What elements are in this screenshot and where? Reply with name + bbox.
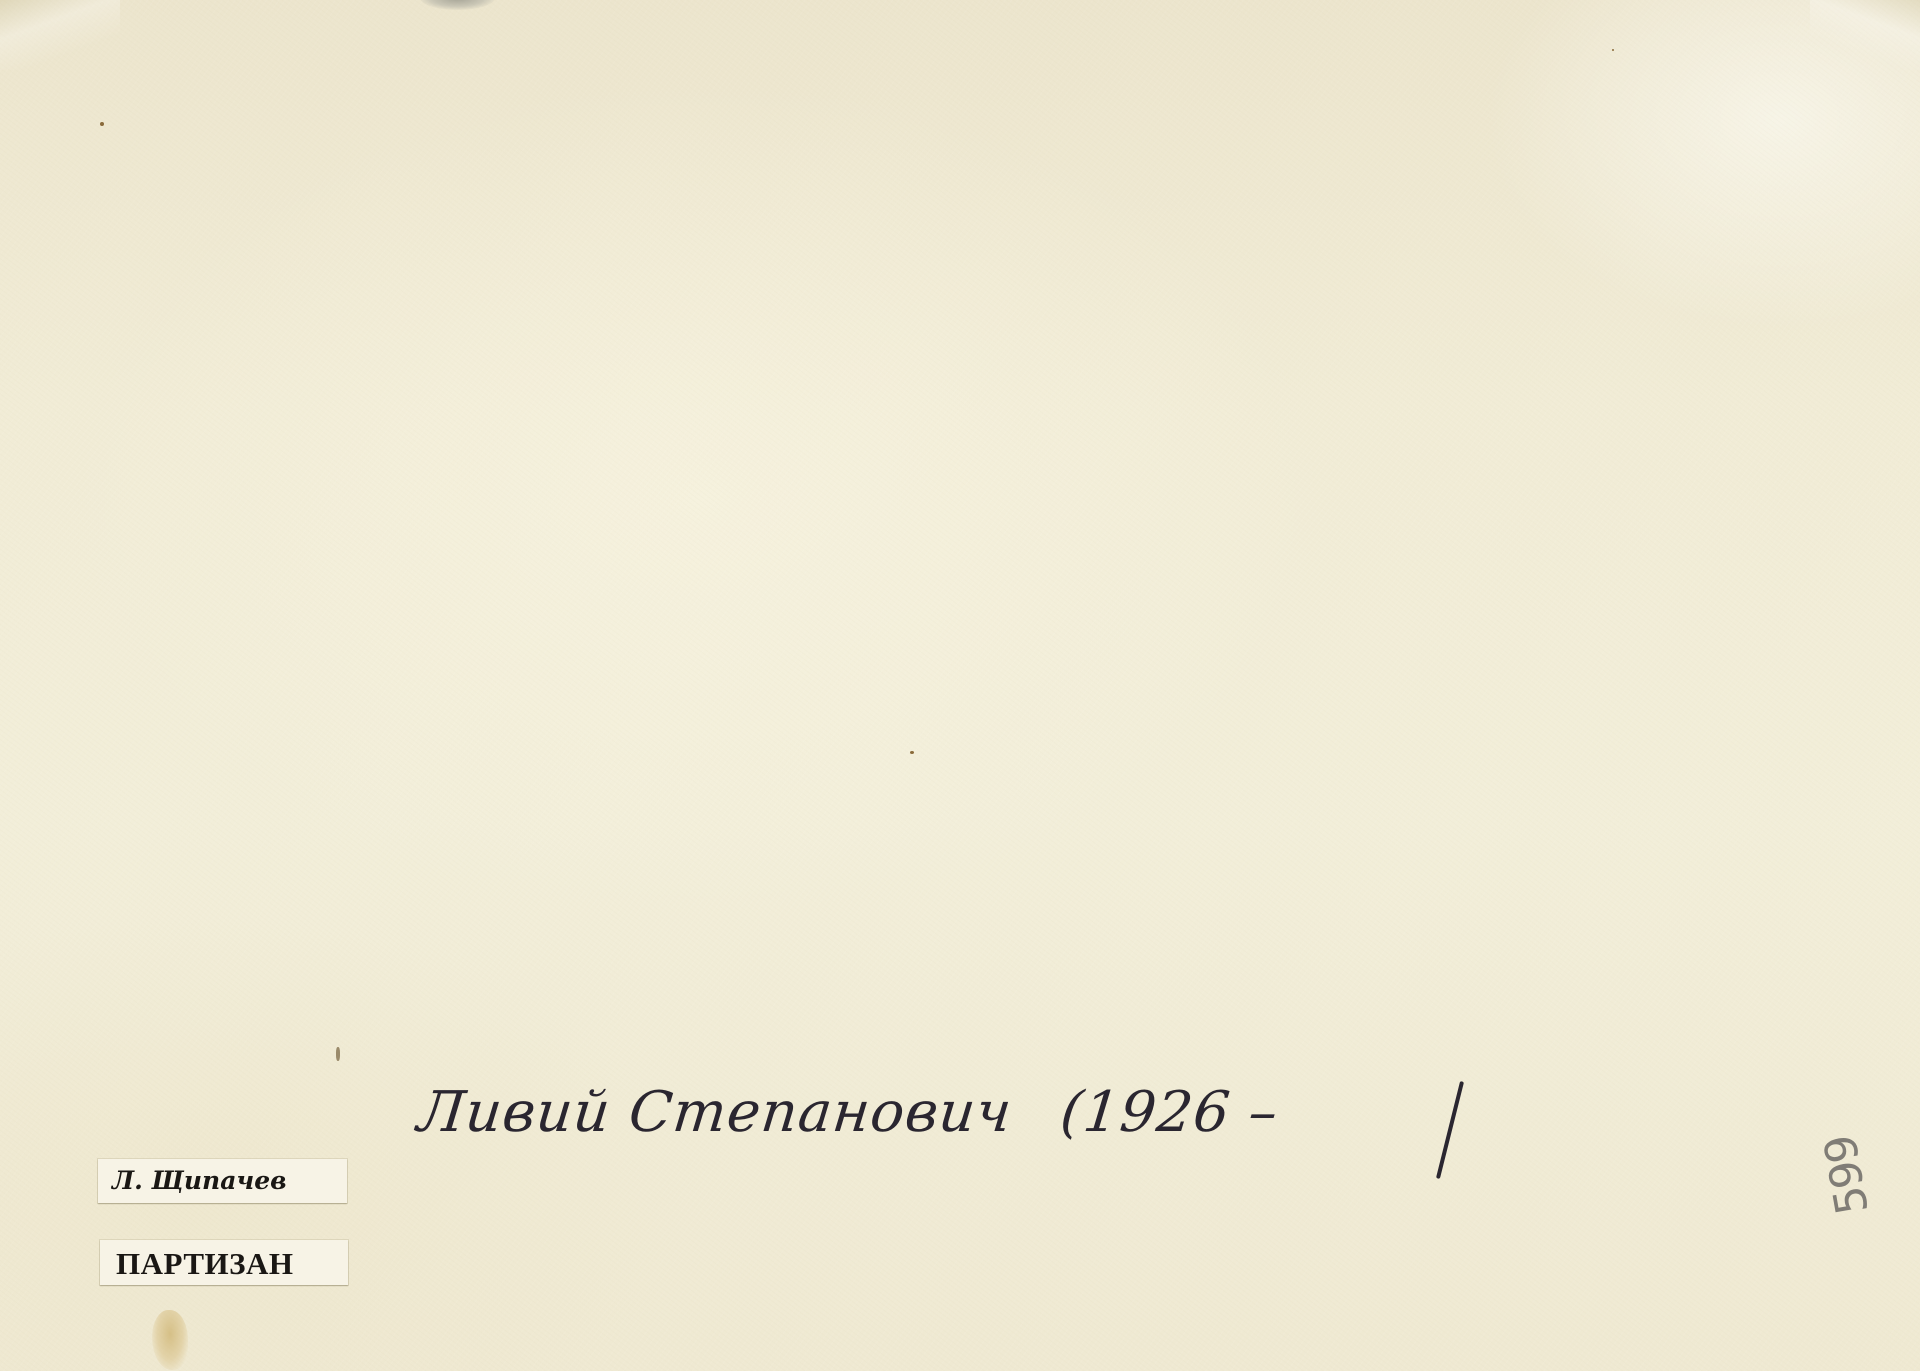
paper-speck — [100, 122, 104, 126]
handwritten-inscription: Ливий Степанович (1926 – — [415, 1080, 1282, 1145]
mounting-mark — [420, 0, 495, 10]
catalog-number: 599 — [1815, 1133, 1879, 1219]
paper-speck — [1612, 49, 1614, 51]
corner-crease — [0, 0, 120, 70]
corner-crease-right — [1810, 0, 1920, 70]
card-back: Л. Щипачев ПАРТИЗАН Ливий Степанович (19… — [0, 0, 1920, 1371]
paper-speck — [910, 751, 914, 754]
handwritten-closing-stroke — [1436, 1081, 1464, 1179]
paper-stain — [152, 1310, 188, 1370]
paper-speck — [336, 1047, 340, 1061]
title-label: ПАРТИЗАН — [100, 1240, 348, 1285]
handwritten-years: (1926 – — [1057, 1080, 1281, 1145]
author-label: Л. Щипачев — [98, 1159, 347, 1203]
handwritten-name: Ливий Степанович — [415, 1080, 1016, 1145]
